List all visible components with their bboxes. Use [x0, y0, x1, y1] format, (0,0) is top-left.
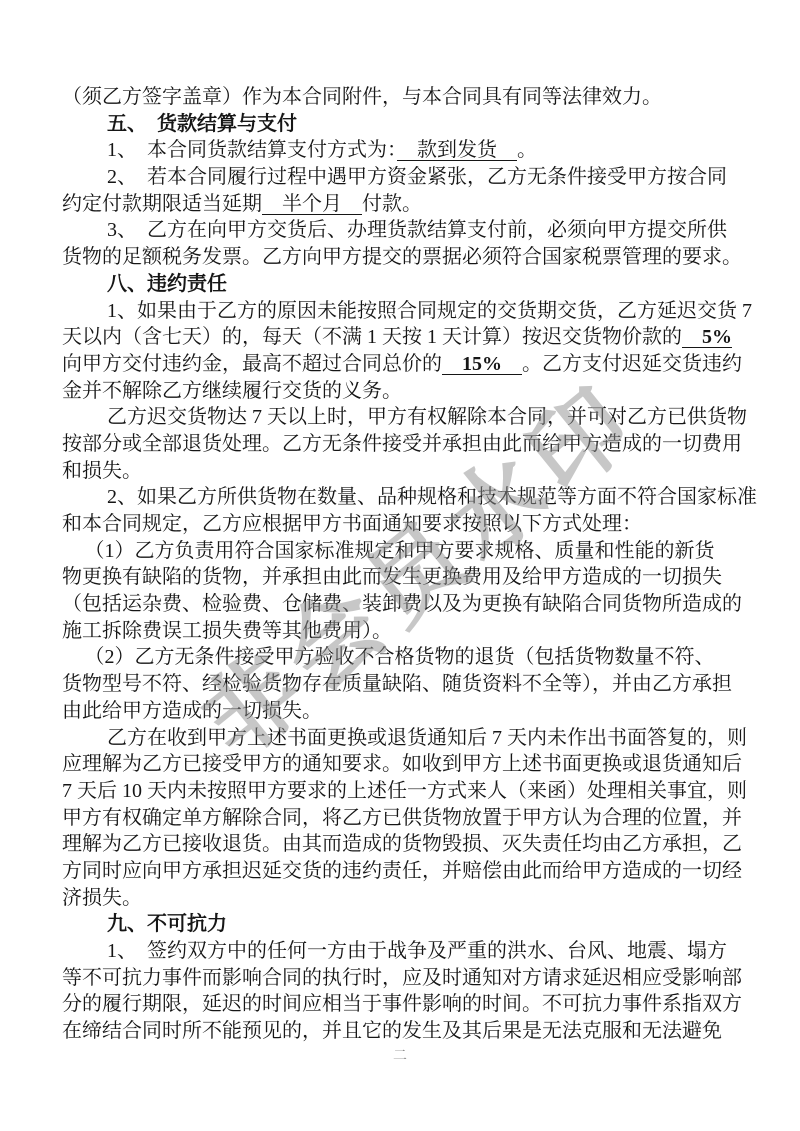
text-segment: 3、 乙方在向甲方交货后、办理货款结算支付前，必须向甲方提交所供	[107, 219, 727, 241]
line-clause-8-2-1a: （1）乙方负责用符合国家标准规定和甲方要求规格、质量和性能的新货	[62, 538, 748, 565]
text-segment: 应理解为乙方已接受甲方的通知要求。如收到甲方上述书面更换或退货通知后	[62, 753, 742, 775]
text-segment: 。乙方支付迟延交货违约	[522, 353, 742, 375]
line-attachment-clause: （须乙方签字盖章）作为本合同附件，与本合同具有同等法律效力。	[62, 84, 748, 111]
contract-body: （须乙方签字盖章）作为本合同附件，与本合同具有同等法律效力。五、 货款结算与支付…	[62, 84, 748, 1045]
text-segment: 施工拆除费误工损失费等其他费用）。	[62, 620, 392, 642]
line-clause-9-1d: 在缔结合同时所不能预见的，并且它的发生及其后果是无法克服和无法避免	[62, 1018, 748, 1045]
text-segment: 乙方在收到甲方上述书面更换或退货通知后 7 天内未作出书面答复的，则	[107, 727, 747, 749]
text-segment: 2、如果乙方所供货物在数量、品种规格和技术规范等方面不符合国家标准	[107, 486, 757, 508]
text-segment: 2、 若本合同履行过程中遇甲方资金紧张，乙方无条件接受甲方按合同	[107, 166, 727, 188]
line-clause-8-2-1b: 物更换有缺陷的货物，并承担由此而发生更换费用及给甲方造成的一切损失	[62, 564, 748, 591]
text-segment: 等不可抗力事件而影响合同的执行时，应及时通知对方请求延迟相应受影响部	[62, 967, 742, 989]
line-clause-5-3a: 3、 乙方在向甲方交货后、办理货款结算支付前，必须向甲方提交所供	[62, 217, 748, 244]
text-segment: （须乙方签字盖章）作为本合同附件，与本合同具有同等法律效力。	[62, 86, 662, 108]
heading-section-8: 八、违约责任	[62, 271, 748, 298]
filled-blank: 半个月	[262, 193, 362, 215]
text-segment: 九、不可抗力	[107, 913, 227, 935]
line-clause-9-1c: 分的履行期限，延迟的时间应相当于事件影响的时间。不可抗力事件系指双方	[62, 991, 748, 1018]
text-segment: 1、 签约双方中的任何一方由于战争及严重的洪水、台风、地震、塌方	[107, 940, 727, 962]
line-clause-8-3b: 应理解为乙方已接受甲方的通知要求。如收到甲方上述书面更换或退货通知后	[62, 751, 748, 778]
text-segment: 。	[517, 139, 537, 161]
text-segment: 五、 货款结算与支付	[107, 113, 297, 135]
line-clause-8-1d: 金并不解除乙方继续履行交货的义务。	[62, 378, 748, 405]
text-segment: 理解为乙方已接收退货。由其而造成的货物毁损、灭失责任均由乙方承担，乙	[62, 833, 742, 855]
text-segment: 约定付款期限适当延期	[62, 193, 262, 215]
document-page: 非会员水印 （须乙方签字盖章）作为本合同附件，与本合同具有同等法律效力。五、 货…	[0, 0, 800, 1131]
text-segment: 金并不解除乙方继续履行交货的义务。	[62, 380, 402, 402]
line-clause-8-1a: 1、如果由于乙方的原因未能按照合同规定的交货期交货，乙方延迟交货 7	[62, 298, 748, 325]
text-segment: 乙方迟交货物达 7 天以上时，甲方有权解除本合同，并可对乙方已供货物	[107, 406, 747, 428]
text-segment: 分的履行期限，延迟的时间应相当于事件影响的时间。不可抗力事件系指双方	[62, 993, 742, 1015]
text-segment: 由此给甲方造成的一切损失。	[62, 700, 322, 722]
text-segment: 向甲方交付违约金，最高不超过合同总价的	[62, 353, 442, 375]
text-segment: （1）乙方负责用符合国家标准规定和甲方要求规格、质量和性能的新货	[85, 540, 715, 562]
text-segment: 1、如果由于乙方的原因未能按照合同规定的交货期交货，乙方延迟交货 7	[107, 300, 752, 322]
line-clause-8-3d: 甲方有权确定单方解除合同，将乙方已供货物放置于甲方认为合理的位置，并	[62, 805, 748, 832]
line-clause-9-1b: 等不可抗力事件而影响合同的执行时，应及时通知对方请求延迟相应受影响部	[62, 965, 748, 992]
line-clause-8-3a: 乙方在收到甲方上述书面更换或退货通知后 7 天内未作出书面答复的，则	[62, 725, 748, 752]
line-clause-8-3c: 7 天后 10 天内未按照甲方要求的上述任一方式来人（来函）处理相关事宜，则	[62, 778, 748, 805]
text-segment: 方同时应向甲方承担迟延交货的违约责任，并赔偿由此而给甲方造成的一切经	[62, 860, 742, 882]
text-segment: 和本合同规定，乙方应根据甲方书面通知要求按照以下方式处理：	[62, 513, 642, 535]
line-clause-8-3f: 方同时应向甲方承担迟延交货的违约责任，并赔偿由此而给甲方造成的一切经	[62, 858, 748, 885]
text-segment: 物更换有缺陷的货物，并承担由此而发生更换费用及给甲方造成的一切损失	[62, 566, 722, 588]
line-clause-8-2-1c: （包括运杂费、检验费、仓储费、装卸费以及为更换有缺陷合同货物所造成的	[62, 591, 748, 618]
line-clause-8-1b: 天以内（含七天）的，每天（不满 1 天按 1 天计算）按迟交货物价款的 5%	[62, 324, 748, 351]
line-clause-8-2-1d: 施工拆除费误工损失费等其他费用）。	[62, 618, 748, 645]
text-segment: 1、 本合同货款结算支付方式为：	[107, 139, 397, 161]
line-clause-8-1e: 乙方迟交货物达 7 天以上时，甲方有权解除本合同，并可对乙方已供货物	[62, 404, 748, 431]
text-segment: 货物的足额税务发票。乙方向甲方提交的票据必须符合国家税票管理的要求。	[62, 246, 742, 268]
line-clause-5-2a: 2、 若本合同履行过程中遇甲方资金紧张，乙方无条件接受甲方按合同	[62, 164, 748, 191]
page-number: 二	[0, 1049, 800, 1065]
text-segment: 济损失。	[62, 887, 142, 909]
line-clause-8-1f: 按部分或全部退货处理。乙方无条件接受并承担由此而给甲方造成的一切费用	[62, 431, 748, 458]
line-clause-5-2b: 约定付款期限适当延期 半个月 付款。	[62, 191, 748, 218]
text-segment: 天以内（含七天）的，每天（不满 1 天按 1 天计算）按迟交货物价款的	[62, 326, 682, 348]
text-segment: 八、违约责任	[107, 273, 227, 295]
line-clause-5-3b: 货物的足额税务发票。乙方向甲方提交的票据必须符合国家税票管理的要求。	[62, 244, 748, 271]
text-segment: （包括运杂费、检验费、仓储费、装卸费以及为更换有缺陷合同货物所造成的	[62, 593, 742, 615]
line-clause-8-3e: 理解为乙方已接收退货。由其而造成的货物毁损、灭失责任均由乙方承担，乙	[62, 831, 748, 858]
line-clause-8-2a: 2、如果乙方所供货物在数量、品种规格和技术规范等方面不符合国家标准	[62, 484, 748, 511]
line-clause-8-1c: 向甲方交付违约金，最高不超过合同总价的 15% 。乙方支付迟延交货违约	[62, 351, 748, 378]
text-segment: 甲方有权确定单方解除合同，将乙方已供货物放置于甲方认为合理的位置，并	[62, 807, 742, 829]
heading-section-9: 九、不可抗力	[62, 911, 748, 938]
text-segment: 7 天后 10 天内未按照甲方要求的上述任一方式来人（来函）处理相关事宜，则	[62, 780, 747, 802]
line-clause-8-2-2c: 由此给甲方造成的一切损失。	[62, 698, 748, 725]
filled-blank: 15%	[442, 353, 522, 375]
line-clause-8-2b: 和本合同规定，乙方应根据甲方书面通知要求按照以下方式处理：	[62, 511, 748, 538]
line-payment-method: 1、 本合同货款结算支付方式为： 款到发货 。	[62, 137, 748, 164]
filled-blank: 5%	[682, 326, 732, 348]
line-clause-8-3g: 济损失。	[62, 885, 748, 912]
text-segment: 在缔结合同时所不能预见的，并且它的发生及其后果是无法克服和无法避免	[62, 1020, 722, 1042]
line-clause-8-2-2b: 货物型号不符、经检验货物存在质量缺陷、随货资料不全等），并由乙方承担	[62, 671, 748, 698]
line-clause-8-1g: 和损失。	[62, 458, 748, 485]
line-clause-9-1a: 1、 签约双方中的任何一方由于战争及严重的洪水、台风、地震、塌方	[62, 938, 748, 965]
text-segment: 货物型号不符、经检验货物存在质量缺陷、随货资料不全等），并由乙方承担	[62, 673, 732, 695]
filled-blank: 款到发货	[397, 139, 517, 161]
text-segment: （2）乙方无条件接受甲方验收不合格货物的退货（包括货物数量不符、	[85, 646, 715, 668]
heading-section-5: 五、 货款结算与支付	[62, 111, 748, 138]
text-segment: 按部分或全部退货处理。乙方无条件接受并承担由此而给甲方造成的一切费用	[62, 433, 742, 455]
text-segment: 和损失。	[62, 460, 142, 482]
line-clause-8-2-2a: （2）乙方无条件接受甲方验收不合格货物的退货（包括货物数量不符、	[62, 644, 748, 671]
text-segment: 付款。	[362, 193, 422, 215]
